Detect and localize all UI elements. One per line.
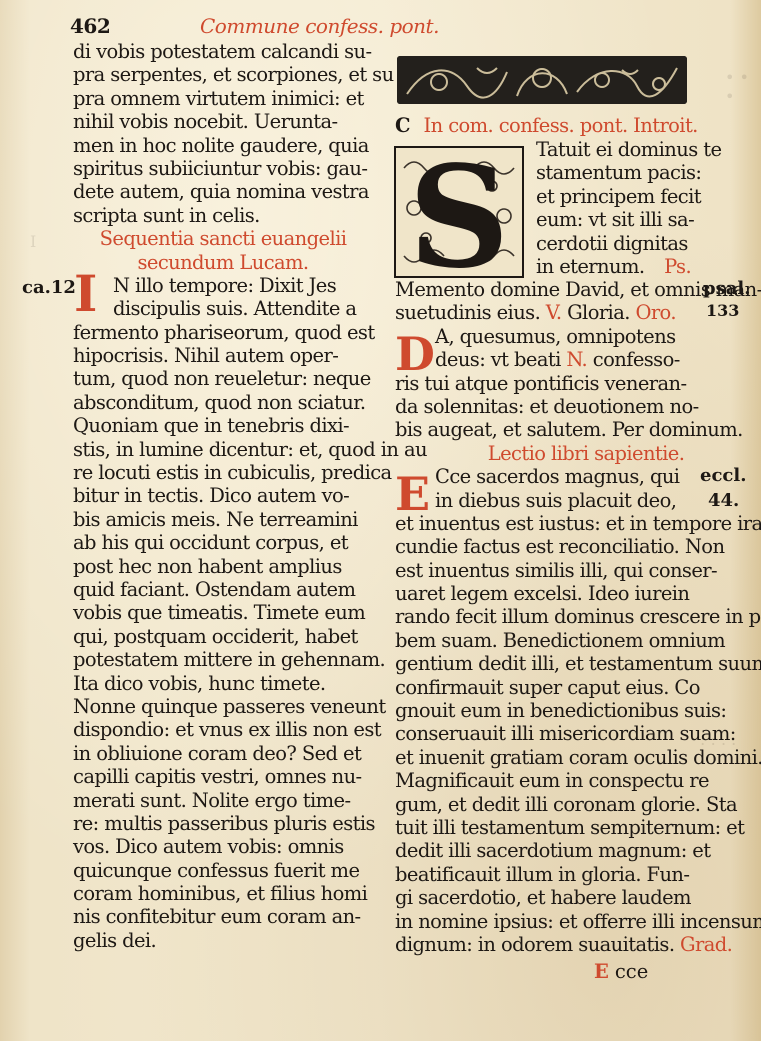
- text-line: gelis dei.: [73, 929, 373, 952]
- text-line: nis confitebitur eum coram an-: [73, 905, 373, 928]
- text-line: scripta sunt in celis.: [73, 204, 373, 227]
- text-line: da solennitas: et deuotionem no-: [395, 395, 761, 418]
- running-head-title: Commune confess. pont.: [200, 14, 439, 38]
- lectio-last-text: dignum: in odorem suauitatis.: [395, 933, 674, 956]
- folio-number: 462: [70, 14, 110, 38]
- text-line: in obliuione coram deo? Sed et: [73, 742, 373, 765]
- book-page: 462 Commune confess. pont. I • • • : : .…: [0, 0, 761, 1041]
- text-line: stis, in lumine dicentur: et, quod in au: [73, 438, 373, 461]
- text-line: tum, quod non reueletur: neque: [73, 367, 373, 390]
- text-line: et inuenit gratiam coram oculis domini.: [395, 746, 761, 769]
- text-line: absconditum, quod non sciatur.: [73, 391, 373, 414]
- oratio-text: deus: vt beati: [435, 348, 561, 371]
- text-line: vos. Dico autem vobis: omnis: [73, 835, 373, 858]
- text-line: confirmauit super caput eius. Co: [395, 676, 761, 699]
- text-line: potestatem mittere in gehennam.: [73, 648, 373, 671]
- rubric-heading: secundum Lucam.: [73, 251, 373, 274]
- text-line: di vobis potestatem calcandi su-: [73, 40, 373, 63]
- text-line: qui, postquam occiderit, habet: [73, 625, 373, 648]
- initial-letter-s: S: [396, 136, 522, 300]
- catchword-text: cce: [615, 960, 648, 983]
- woodcut-ornament-band: [397, 56, 687, 104]
- text-line: spiritus subiiciuntur vobis: gau-: [73, 157, 373, 180]
- red-initial-e: E: [395, 470, 430, 518]
- text-line: men in hoc nolite gaudere, quia: [73, 134, 373, 157]
- running-head: 462 Commune confess. pont.: [70, 14, 710, 40]
- red-initial-d: D: [395, 330, 435, 378]
- text-line: dispondio: et vnus ex illis non est: [73, 718, 373, 741]
- text-line: dedit illi sacerdotium magnum: et: [395, 839, 761, 862]
- text-line: ris tui atque pontificis veneran-: [395, 372, 761, 395]
- introit-text: Tatuit ei dominus te stamentum pacis: et…: [536, 138, 721, 278]
- red-initial-i: I: [74, 268, 97, 320]
- text-line: bitur in tectis. Dico autem vo-: [73, 484, 373, 507]
- margin-reference-eccl-chapter: 44.: [708, 490, 739, 511]
- text-line: et inuentus est iustus: et in tempore ir…: [395, 512, 761, 535]
- catchword: Ecce: [594, 960, 648, 983]
- text-line: capilli capitis vestri, omnes nu-: [73, 765, 373, 788]
- text-line: et principem fecit: [536, 185, 721, 208]
- introit-heading: C In com. confess. pont. Introit.: [395, 114, 698, 137]
- text-line: Ita dico vobis, hunc timete.: [73, 672, 373, 695]
- text-line: quicunque confessus fuerit me: [73, 859, 373, 882]
- text-line: cerdotii dignitas: [536, 232, 721, 255]
- text-line: beatificauit illum in gloria. Fun-: [395, 863, 761, 886]
- rubric-heading: Sequentia sancti euangelii: [73, 227, 373, 250]
- margin-reference-chapter: ca.12: [22, 277, 76, 298]
- text-line: Magnificauit eum in conspectu re: [395, 769, 761, 792]
- margin-reference-psalm: psal.: [703, 278, 751, 299]
- text-line: gentium dedit illi, et testamentum suum: [395, 652, 761, 675]
- paragraph-mark: C: [395, 114, 410, 137]
- text-line: in diebus suis placuit deo,: [395, 489, 761, 512]
- introit-last-text: in eternum.: [536, 255, 644, 278]
- text-line: bis amicis meis. Ne terreamini: [73, 508, 373, 531]
- lectio-rubric: Lectio libri sapientie.: [395, 442, 761, 465]
- margin-reference-psalm-number: 133: [706, 301, 739, 320]
- text-line: stamentum pacis:: [536, 161, 721, 184]
- foliage-ornament-icon: [397, 56, 687, 104]
- catchword-initial: E: [594, 960, 609, 983]
- text-line: re locuti estis in cubiculis, predica: [73, 461, 373, 484]
- text-line: ab his qui occidunt corpus, et: [73, 531, 373, 554]
- text-line: eum: vt sit illi sa-: [536, 208, 721, 231]
- text-line: coram hominibus, et filius homi: [73, 882, 373, 905]
- text-line: cundie factus est reconciliatio. Non: [395, 535, 761, 558]
- text-line: gi sacerdotio, et habere laudem: [395, 886, 761, 909]
- psalm-text: suetudinis eius.: [395, 301, 540, 324]
- oratio-label: Oro.: [635, 301, 676, 324]
- text-line: gnouit eum in benedictionibus suis:: [395, 699, 761, 722]
- text-line: in eternum. Ps.: [536, 255, 721, 278]
- oratio-text: confesso-: [593, 348, 680, 371]
- text-line: bem suam. Benedictionem omnium: [395, 629, 761, 652]
- woodcut-initial-s: S: [394, 146, 524, 278]
- text-line: rando fecit illum dominus crescere in pl…: [395, 605, 761, 628]
- text-line: est inuentus similis illi, qui conser-: [395, 559, 761, 582]
- text-line: Tatuit ei dominus te: [536, 138, 721, 161]
- bleed-through-mark: • • •: [725, 68, 761, 106]
- versicle-mark: V.: [546, 301, 562, 324]
- introit-rubric: In com. confess. pont. Introit.: [424, 114, 698, 137]
- text-line: deus: vt beati N. confesso-: [395, 348, 761, 371]
- text-line: pra omnem virtutem inimici: et: [73, 87, 373, 110]
- text-line: fermento phariseorum, quod est: [73, 321, 373, 344]
- psalm-oratio-block: Memento domine David, et omnis man- suet…: [395, 278, 761, 956]
- left-column: di vobis potestatem calcandi su- pra ser…: [73, 40, 373, 952]
- text-line: N illo tempore: Dixit Jes: [73, 274, 373, 297]
- margin-reference-eccl: eccl.: [700, 465, 746, 486]
- text-line: hipocrisis. Nihil autem oper-: [73, 344, 373, 367]
- psalm-label: Ps.: [664, 255, 691, 278]
- bleed-through-mark: I: [30, 232, 36, 251]
- text-line: merati sunt. Nolite ergo time-: [73, 789, 373, 812]
- gradual-label: Grad.: [680, 933, 732, 956]
- text-line: bis augeat, et salutem. Per dominum.: [395, 418, 761, 441]
- text-line: quid faciant. Ostendam autem: [73, 578, 373, 601]
- text-line: conseruauit illi misericordiam suam:: [395, 722, 761, 745]
- text-line: tuit illi testamentum sempiternum: et: [395, 816, 761, 839]
- text-line: discipulis suis. Attendite a: [73, 297, 373, 320]
- text-line: gum, et dedit illi coronam glorie. Sta: [395, 793, 761, 816]
- text-line: vobis que timeatis. Timete eum: [73, 601, 373, 624]
- gloria-text: Gloria.: [567, 301, 630, 324]
- text-line: pra serpentes, et scorpiones, et su: [73, 63, 373, 86]
- text-line: in nomine ipsius: et offerre illi incens…: [395, 910, 761, 933]
- text-line: Quoniam que in tenebris dixi-: [73, 414, 373, 437]
- text-line: Nonne quinque passeres veneunt: [73, 695, 373, 718]
- text-line: dete autem, quia nomina vestra: [73, 180, 373, 203]
- text-line: uaret legem excelsi. Ideo iurein: [395, 582, 761, 605]
- text-line: dignum: in odorem suauitatis. Grad.: [395, 933, 761, 956]
- text-line: re: multis passeribus pluris estis: [73, 812, 373, 835]
- name-placeholder-n: N.: [566, 348, 587, 371]
- text-line: A, quesumus, omnipotens: [395, 325, 761, 348]
- text-line: post hec non habent amplius: [73, 555, 373, 578]
- text-line: nihil vobis nocebit. Uerunta-: [73, 110, 373, 133]
